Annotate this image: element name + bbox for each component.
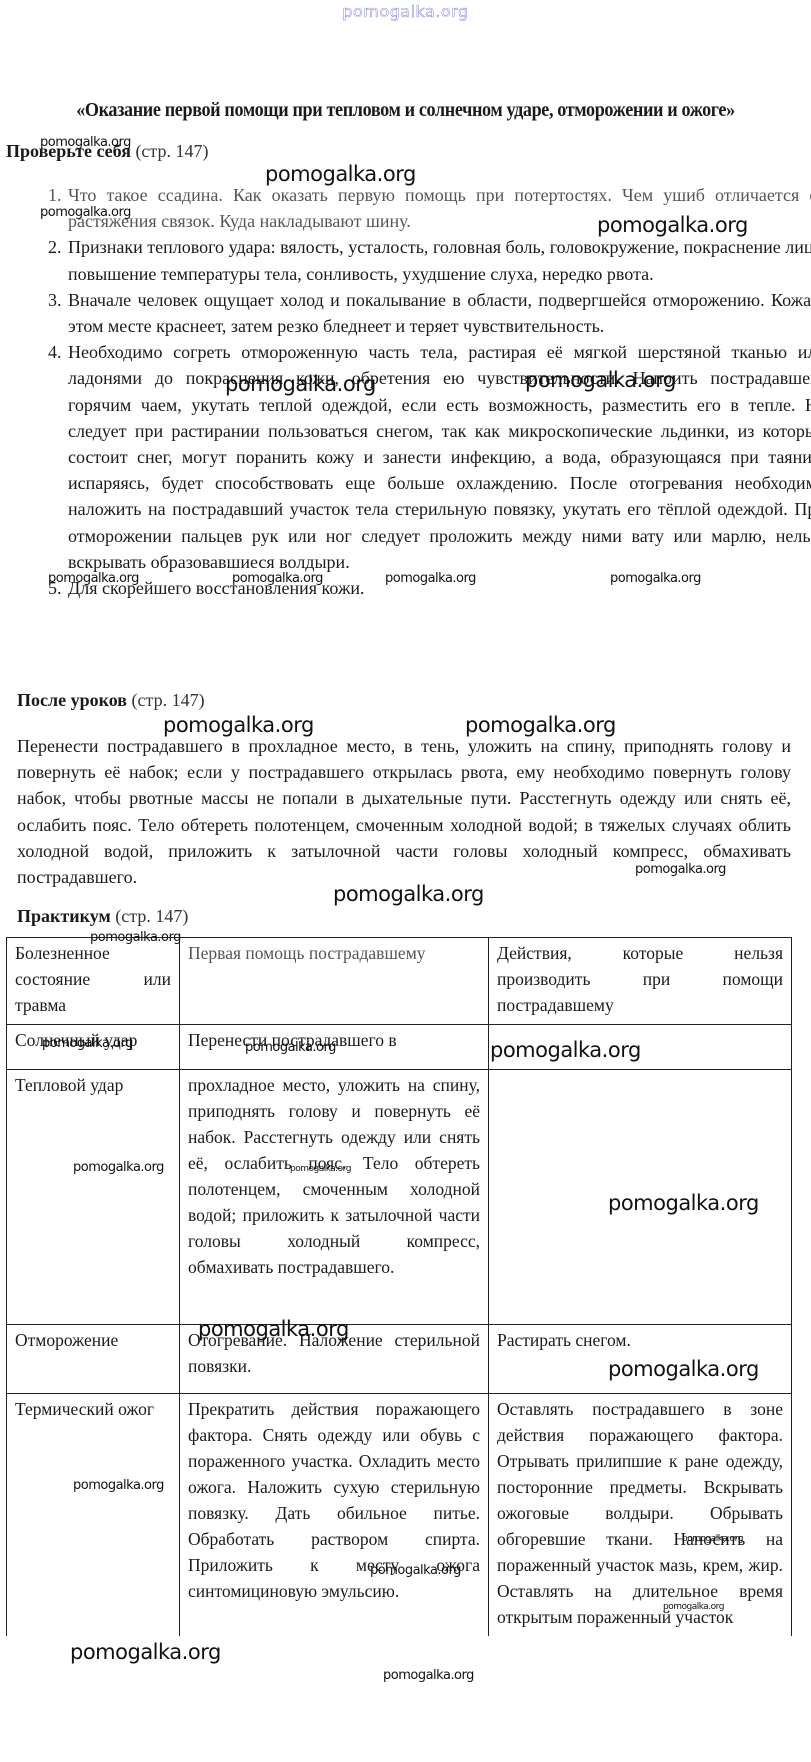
document-title: «Оказание первой помощи при тепловом и с… bbox=[28, 100, 782, 122]
section-heading-label: Практикум bbox=[17, 906, 111, 926]
watermark: pomogalka.org bbox=[90, 930, 181, 945]
watermark: pomogalka.org bbox=[225, 372, 376, 396]
table-cell: Прекратить действия поражающего фактора.… bbox=[180, 1394, 489, 1637]
watermark: pomogalka.org bbox=[333, 882, 484, 906]
table-header-row: Болезненное состояние или травма Первая … bbox=[7, 938, 792, 1025]
watermark: pomogalka.org bbox=[48, 571, 139, 586]
section-heading-after-lessons: После уроков (стр. 147) bbox=[17, 690, 205, 711]
watermark: pomogalka.org bbox=[465, 713, 616, 737]
section-page-ref: (стр. 147) bbox=[115, 906, 188, 926]
watermark: pomogalka.org bbox=[40, 205, 131, 220]
watermark: pomogalka.org bbox=[70, 1640, 221, 1664]
watermark: pomogalka.org bbox=[385, 571, 476, 586]
watermark: pomogalka.org bbox=[608, 1357, 759, 1381]
watermark: pomogalka.org bbox=[42, 1036, 133, 1051]
watermark: pomogalka.org bbox=[383, 1668, 474, 1683]
table-header-cell: Первая помощь пострадавшему bbox=[180, 938, 489, 1025]
watermark: pomogalka.org bbox=[682, 1534, 743, 1544]
watermark: pomogalka.org bbox=[635, 862, 726, 877]
section-heading-label: После уроков bbox=[17, 690, 127, 710]
site-banner-logo[interactable]: pomogalka.org bbox=[0, 2, 811, 21]
table-cell: Тепловой удар bbox=[7, 1070, 180, 1325]
table-row: Термический ожог Прекратить действия пор… bbox=[7, 1394, 792, 1637]
section-heading-practicum: Практикум (стр. 147) bbox=[17, 906, 188, 927]
table-header-cell: Болезненное состояние или травма bbox=[7, 938, 180, 1025]
watermark: pomogalka.org bbox=[40, 135, 131, 150]
watermark: pomogalka.org bbox=[73, 1160, 164, 1175]
watermark: pomogalka.org bbox=[610, 571, 701, 586]
watermark: pomogalka.org bbox=[73, 1478, 164, 1493]
watermark: pomogalka.org bbox=[525, 368, 676, 392]
table-header-cell: Действия, которые нельзя производить при… bbox=[489, 938, 792, 1025]
watermark: pomogalka.org bbox=[490, 1038, 641, 1062]
watermark: pomogalka.org bbox=[608, 1191, 759, 1215]
table-cell: прохладное место, уложить на спину, прип… bbox=[180, 1070, 489, 1325]
watermark: pomogalka.org bbox=[163, 713, 314, 737]
question-item: Вначале человек ощущает холод и покалыва… bbox=[66, 287, 811, 339]
watermark: pomogalka.org bbox=[370, 1563, 461, 1578]
watermark: pomogalka.org bbox=[245, 1040, 336, 1055]
watermark: pomogalka.org bbox=[232, 571, 323, 586]
watermark: pomogalka.org bbox=[198, 1317, 349, 1341]
question-item: Необходимо согреть отмороженную часть те… bbox=[66, 339, 811, 575]
table-cell: Отморожение bbox=[7, 1325, 180, 1394]
section-page-ref: (стр. 147) bbox=[135, 141, 208, 161]
table-cell: Оставлять пострадавшего в зоне действия … bbox=[489, 1394, 792, 1637]
questions-list: Что такое ссадина. Как оказать первую по… bbox=[30, 182, 811, 601]
section-page-ref: (стр. 147) bbox=[132, 690, 205, 710]
question-item: Признаки теплового удара: вялость, устал… bbox=[66, 234, 811, 286]
table-cell: Термический ожог bbox=[7, 1394, 180, 1637]
watermark: pomogalka.org bbox=[597, 213, 748, 237]
watermark: pomogalka.org bbox=[290, 1164, 351, 1174]
watermark: pomogalka.org bbox=[265, 162, 416, 186]
watermark: pomogalka.org bbox=[663, 1602, 724, 1612]
